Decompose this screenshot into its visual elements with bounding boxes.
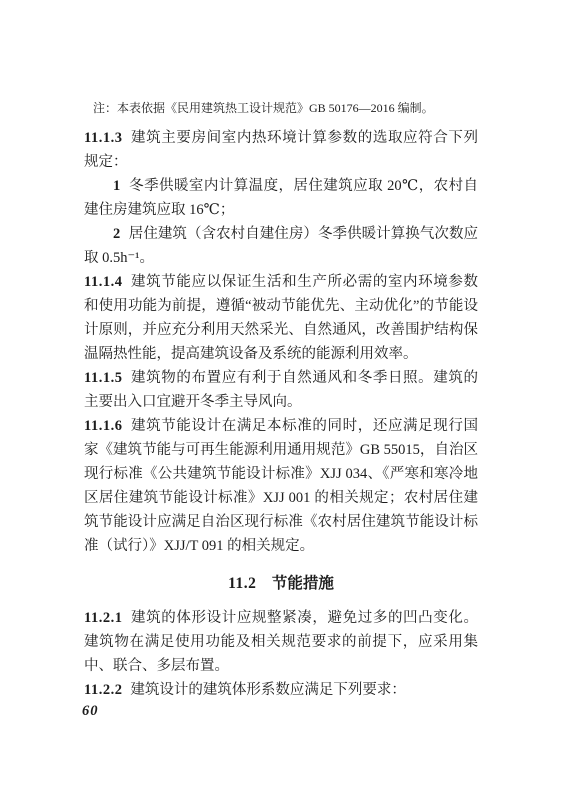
- subitem-1: 1冬季供暖室内计算温度，居住建筑应取 20℃，农村自建住房建筑应取 16℃；: [84, 174, 478, 222]
- clause-number: 11.2.2: [84, 682, 122, 698]
- clause-text: 建筑节能应以保证生活和生产所必需的室内环境参数和使用功能为前提，遵循“被动节能优…: [84, 274, 478, 362]
- clause-number: 11.1.6: [84, 418, 122, 434]
- section-number: 11.2: [228, 575, 256, 592]
- clause-11-1-4: 11.1.4建筑节能应以保证生活和生产所必需的室内环境参数和使用功能为前提，遵循…: [84, 270, 478, 366]
- clause-number: 11.1.3: [84, 130, 122, 146]
- clause-text: 建筑主要房间室内热环境计算参数的选取应符合下列规定：: [84, 130, 478, 170]
- clause-11-2-2: 11.2.2建筑设计的建筑体形系数应满足下列要求：: [84, 678, 478, 702]
- clause-number: 11.1.5: [84, 370, 122, 386]
- table-note: 注：本表依据《民用建筑热工设计规范》GB 50176—2016 编制。: [84, 100, 478, 117]
- subitem-number: 2: [113, 226, 121, 242]
- clause-text: 建筑的体形设计应规整紧凑，避免过多的凹凸变化。建筑物在满足使用功能及相关规范要求…: [84, 610, 478, 674]
- clause-text: 建筑物的布置应有利于自然通风和冬季日照。建筑的主要出入口宜避开冬季主导风向。: [84, 370, 478, 410]
- page-number: 60: [82, 703, 99, 720]
- document-page: 注：本表依据《民用建筑热工设计规范》GB 50176—2016 编制。 11.1…: [0, 0, 561, 804]
- subitem-text: 居住建筑（含农村自建住房）冬季供暖计算换气次数应取 0.5h⁻¹。: [84, 226, 478, 266]
- subitem-2: 2居住建筑（含农村自建住房）冬季供暖计算换气次数应取 0.5h⁻¹。: [84, 222, 478, 270]
- subitem-text: 冬季供暖室内计算温度，居住建筑应取 20℃，农村自建住房建筑应取 16℃；: [84, 178, 478, 218]
- clause-11-2-1: 11.2.1建筑的体形设计应规整紧凑，避免过多的凹凸变化。建筑物在满足使用功能及…: [84, 606, 478, 678]
- section-heading: 11.2节能措施: [84, 572, 478, 596]
- subitem-number: 1: [113, 178, 121, 194]
- clause-11-1-5: 11.1.5建筑物的布置应有利于自然通风和冬季日照。建筑的主要出入口宜避开冬季主…: [84, 366, 478, 414]
- clause-number: 11.2.1: [84, 610, 122, 626]
- clause-11-1-6: 11.1.6建筑节能设计在满足本标准的同时，还应满足现行国家《建筑节能与可再生能…: [84, 414, 478, 558]
- text-block: 注：本表依据《民用建筑热工设计规范》GB 50176—2016 编制。 11.1…: [84, 100, 478, 702]
- clause-11-1-3: 11.1.3建筑主要房间室内热环境计算参数的选取应符合下列规定：: [84, 126, 478, 174]
- clause-text: 建筑设计的建筑体形系数应满足下列要求：: [130, 682, 406, 698]
- clause-number: 11.1.4: [84, 274, 122, 290]
- clause-text: 建筑节能设计在满足本标准的同时，还应满足现行国家《建筑节能与可再生能源利用通用规…: [84, 418, 478, 554]
- section-title: 节能措施: [272, 575, 334, 592]
